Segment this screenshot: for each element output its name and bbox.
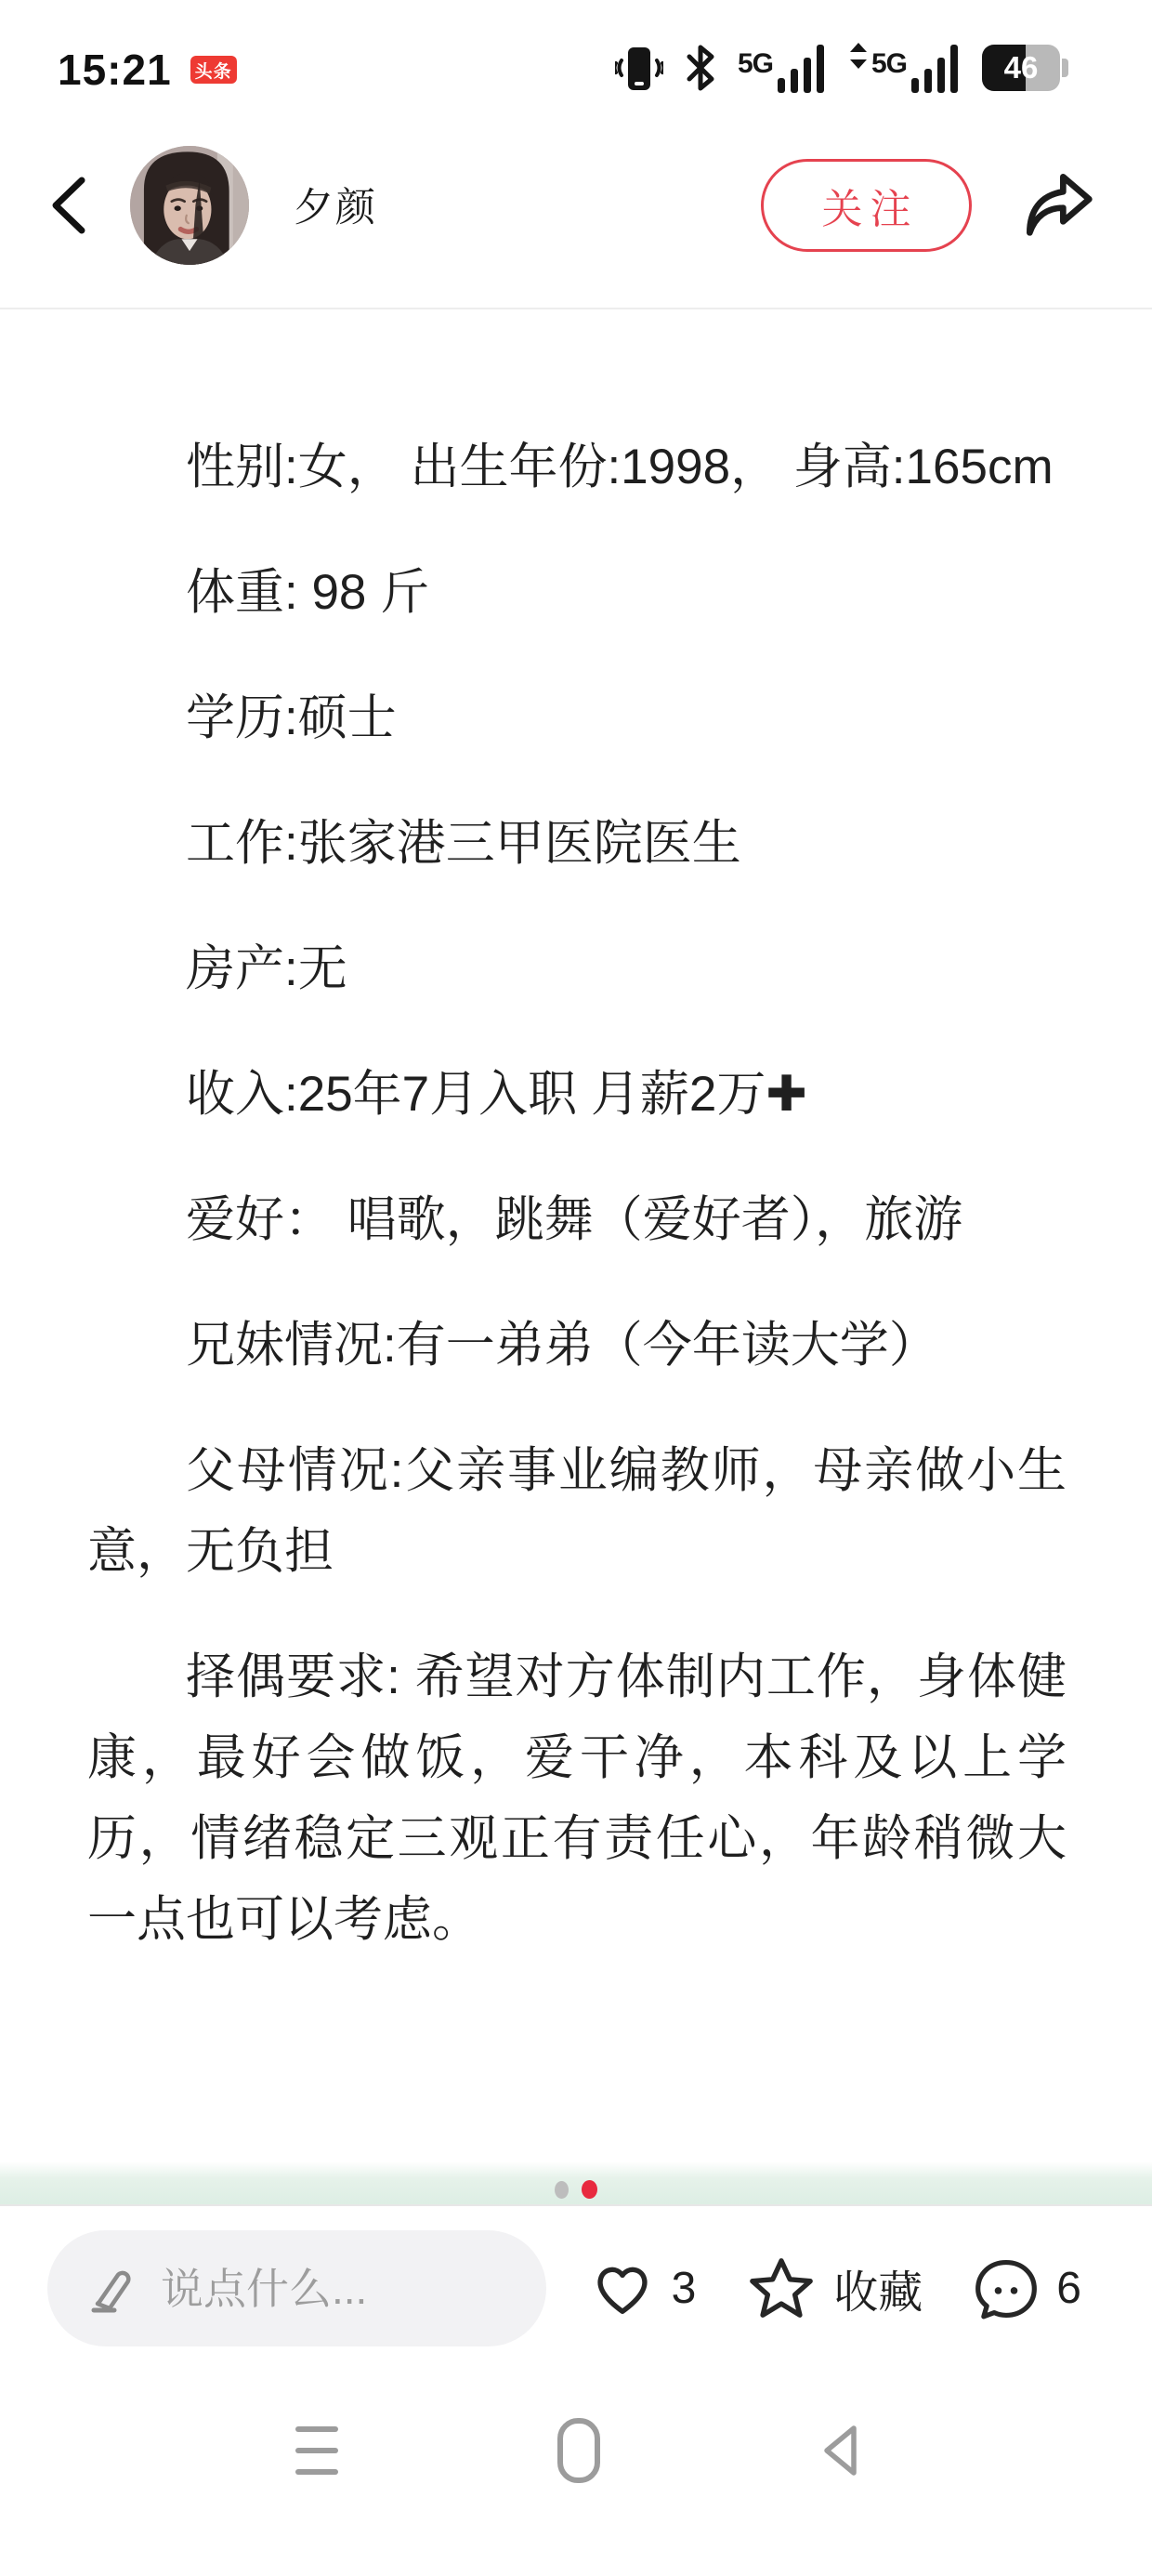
pencil-icon xyxy=(86,2262,138,2316)
post-paragraph: 性别:女， 出生年份:1998， 身高:165cm xyxy=(87,427,1067,507)
post-paragraph: 学历:硕士 xyxy=(87,677,1067,758)
battery-percent: 46 xyxy=(982,45,1060,91)
nav-menu-button[interactable] xyxy=(284,2413,349,2488)
like-button[interactable]: 3 xyxy=(590,2256,697,2321)
back-triangle-icon xyxy=(818,2422,863,2479)
signal-5g-primary-icon: 5G xyxy=(738,41,830,95)
screen: 15:21 头条 5G xyxy=(0,0,1152,2576)
bluetooth-icon xyxy=(682,42,719,94)
post-paragraph: 工作:张家港三甲医院医生 xyxy=(87,803,1067,884)
vibrate-mode-icon xyxy=(615,42,663,94)
toutiao-app-badge: 头条 xyxy=(190,56,237,84)
like-count: 3 xyxy=(672,2263,697,2314)
post-paragraph: 爱好： 唱歌，跳舞（爱好者），旅游 xyxy=(87,1179,1067,1260)
battery-icon: 46 xyxy=(982,45,1068,91)
pagination-dot-active xyxy=(582,2180,597,2199)
post-paragraph: 体重: 98 斤 xyxy=(87,552,1067,633)
favorite-button[interactable]: 收藏 xyxy=(746,2254,923,2323)
post-paragraph: 父母情况:父亲事业编教师，母亲做小生意，无负担 xyxy=(87,1430,1067,1592)
post-paragraph: 房产:无 xyxy=(87,928,1067,1009)
comment-input-box[interactable] xyxy=(47,2230,546,2346)
status-bar: 15:21 头条 5G xyxy=(0,0,1152,102)
favorite-label: 收藏 xyxy=(833,2256,923,2320)
clock-time: 15:21 xyxy=(58,45,172,95)
post-paragraph: 择偶要求: 希望对方体制内工作，身体健康，最好会做饭，爱干净，本科及以上学历，情… xyxy=(87,1636,1067,1960)
comment-input[interactable] xyxy=(161,2264,518,2314)
back-button[interactable] xyxy=(41,168,97,243)
back-chevron-icon xyxy=(48,175,89,236)
avatar[interactable] xyxy=(130,146,249,265)
heart-icon xyxy=(590,2256,655,2321)
share-button[interactable] xyxy=(1016,164,1100,247)
user-name: 夕颜 xyxy=(294,177,377,233)
carousel-pagination xyxy=(0,2180,1152,2199)
system-nav-bar xyxy=(0,2380,1152,2540)
action-bar: 3 收藏 6 xyxy=(0,2204,1152,2380)
comment-count: 6 xyxy=(1056,2263,1081,2314)
menu-lines-icon xyxy=(295,2426,338,2475)
home-pill-icon xyxy=(556,2417,601,2484)
star-icon xyxy=(746,2254,817,2323)
comments-button[interactable]: 6 xyxy=(973,2255,1081,2322)
post-paragraph: 兄妹情况:有一弟弟（今年读大学） xyxy=(87,1305,1067,1386)
header: 夕颜 关注 xyxy=(0,102,1152,309)
post-paragraph: 收入:25年7月入职 月薪2万✚ xyxy=(87,1054,1067,1135)
avatar-portrait xyxy=(130,146,249,265)
nav-home-button[interactable] xyxy=(546,2413,611,2488)
comment-bubble-icon xyxy=(973,2255,1040,2322)
share-arrow-icon xyxy=(1018,168,1098,243)
signal-5g-secondary-icon: 5G xyxy=(848,41,963,95)
nav-back-button[interactable] xyxy=(808,2413,873,2488)
pagination-dot-inactive xyxy=(555,2181,569,2199)
post-body: 性别:女， 出生年份:1998， 身高:165cm 体重: 98 斤 学历:硕士… xyxy=(0,309,1152,2204)
follow-button[interactable]: 关注 xyxy=(761,159,972,252)
